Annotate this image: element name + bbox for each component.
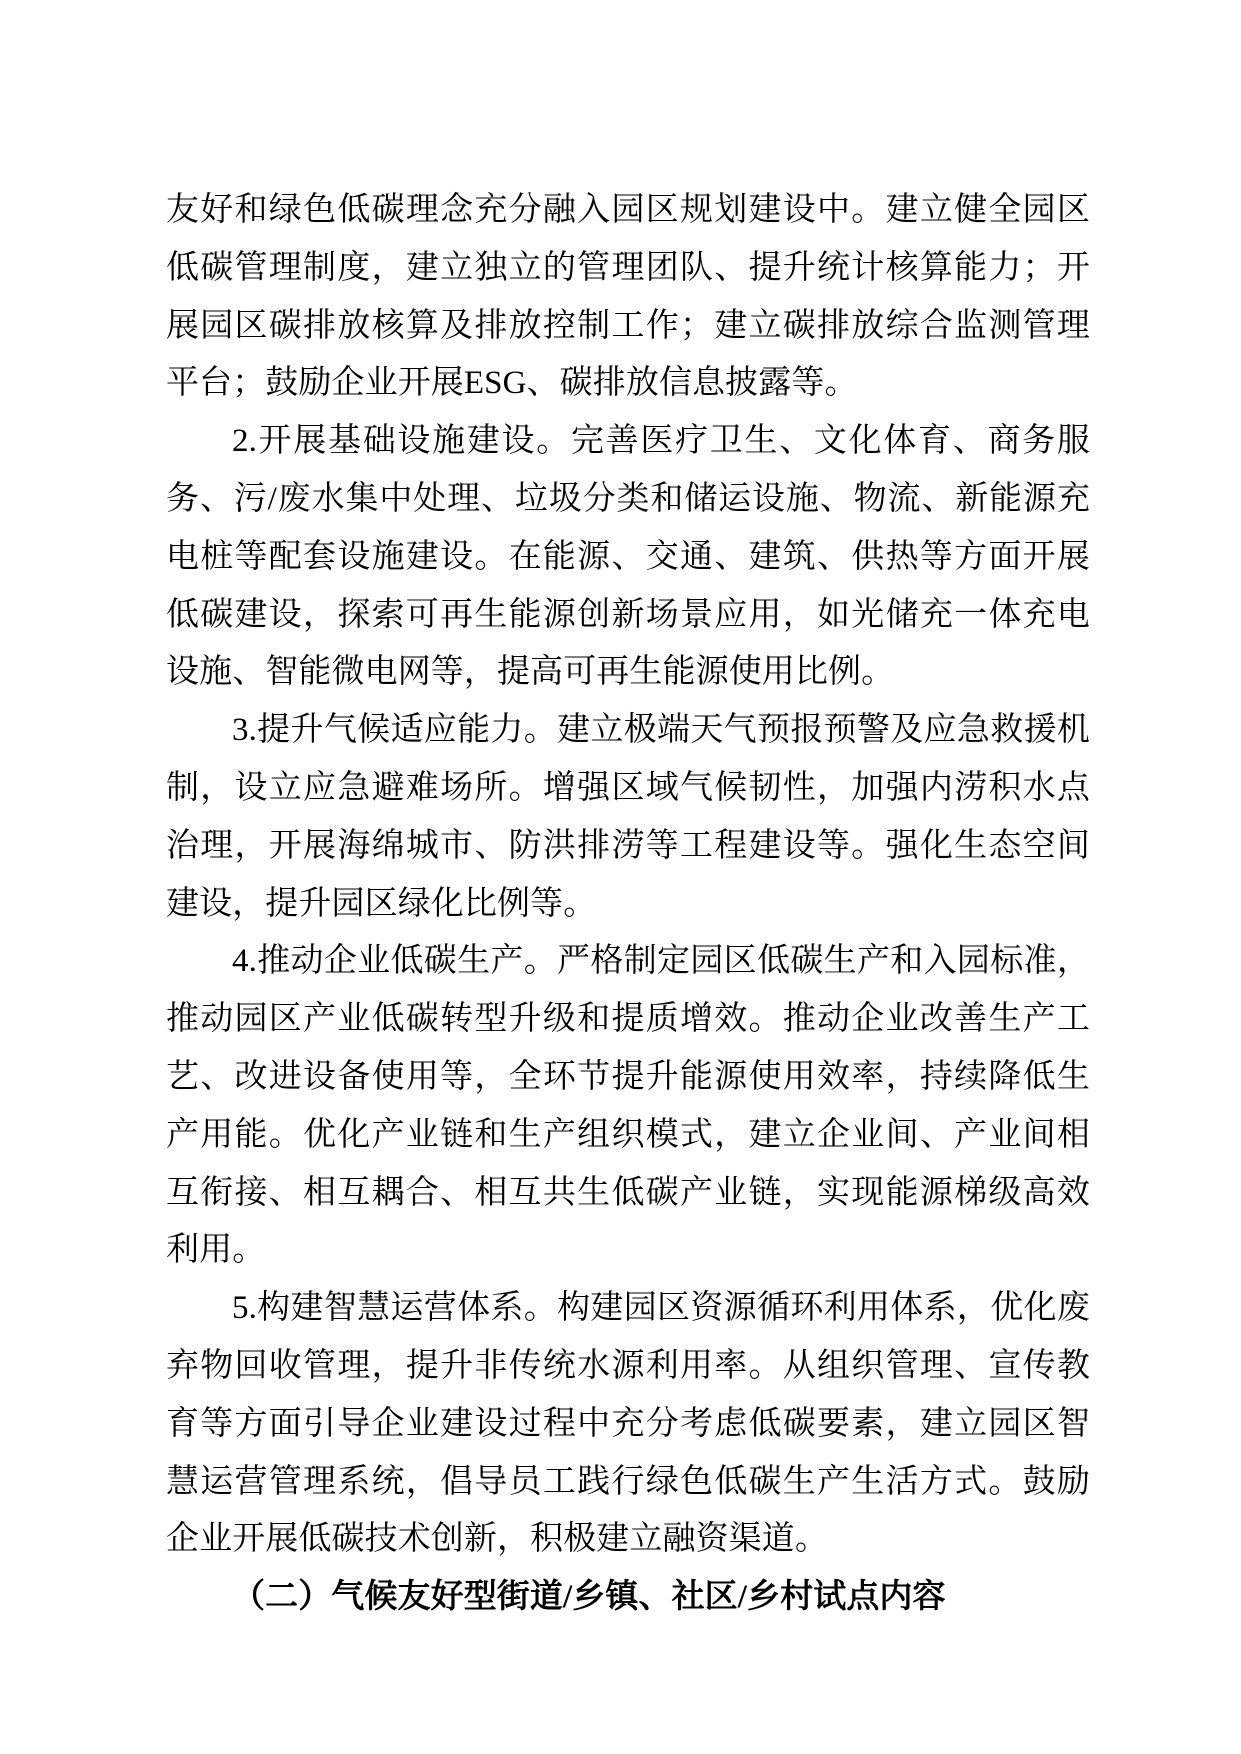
section-heading-pilot-content: （二）气候友好型街道/乡镇、社区/乡村试点内容 <box>166 1569 1090 1627</box>
paragraph-item-2-infrastructure: 2.开展基础设施建设。完善医疗卫生、文化体育、商务服务、污/废水集中处理、垃圾分… <box>166 413 1090 702</box>
document-page: 友好和绿色低碳理念充分融入园区规划建设中。建立健全园区低碳管理制度，建立独立的管… <box>0 0 1241 1754</box>
document-text-block: 友好和绿色低碳理念充分融入园区规划建设中。建立健全园区低碳管理制度，建立独立的管… <box>166 182 1090 1627</box>
paragraph-continuation-low-carbon-management: 友好和绿色低碳理念充分融入园区规划建设中。建立健全园区低碳管理制度，建立独立的管… <box>166 182 1090 413</box>
paragraph-item-5-smart-operation: 5.构建智慧运营体系。构建园区资源循环利用体系，优化废弃物回收管理，提升非传统水… <box>166 1280 1090 1569</box>
paragraph-item-4-low-carbon-production: 4.推动企业低碳生产。严格制定园区低碳生产和入园标准，推动园区产业低碳转型升级和… <box>166 933 1090 1280</box>
paragraph-item-3-climate-adaptation: 3.提升气候适应能力。建立极端天气预报预警及应急救援机制，设立应急避难场所。增强… <box>166 702 1090 933</box>
